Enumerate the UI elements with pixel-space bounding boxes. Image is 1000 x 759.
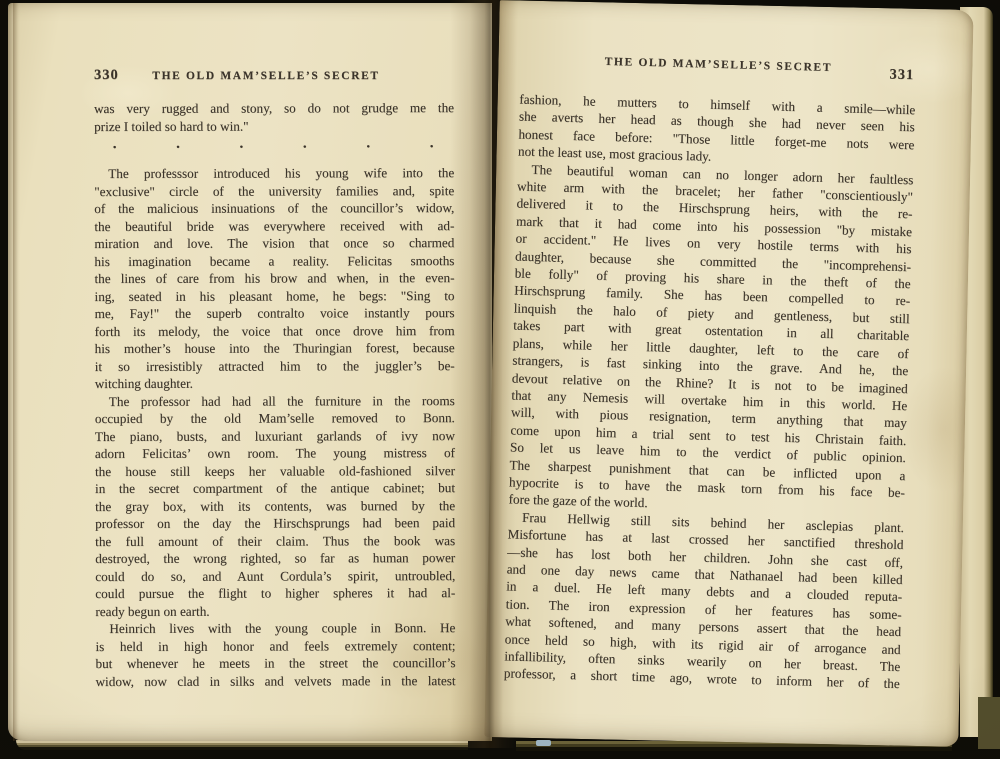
text-line: witching daughter.: [95, 374, 455, 392]
separator-dot: ·: [302, 141, 307, 158]
paragraph: was very rugged and stony, so do not gru…: [94, 99, 454, 135]
text-line: "exclusive" circle of the university fam…: [94, 182, 454, 200]
paragraph: The professsor introduced his young wife…: [94, 164, 455, 392]
right-page-content: THE OLD MAM’SELLE’S SECRET 331 fashion, …: [521, 51, 917, 62]
text-line: the gray box, with its contents, was bur…: [95, 497, 455, 515]
right-page-text: fashion, he mutters to himself with a sm…: [504, 91, 916, 693]
separator-dot: ·: [366, 141, 371, 158]
paragraph: The beautiful woman can no longer adorn …: [508, 160, 913, 519]
left-page-header: 330 THE OLD MAM’SELLE’S SECRET: [86, 67, 446, 85]
paper-speck: [536, 740, 551, 746]
text-line: the lines of care from his brow and when…: [94, 269, 454, 287]
section-separator: ······: [112, 141, 434, 159]
page-edges-bottom-left: [16, 740, 468, 750]
separator-dot: ·: [239, 142, 244, 159]
book-cover-corner: [978, 697, 1000, 749]
text-line: it so irresistibly attracted him to the …: [95, 357, 455, 375]
text-line: prize I toiled so hard to win.": [94, 117, 454, 135]
right-running-title: THE OLD MAM’SELLE’S SECRET: [520, 54, 916, 77]
right-page-number: 331: [889, 67, 914, 85]
text-line: could pursue the flight to higher sphere…: [95, 584, 455, 602]
text-line: Heinrich lives with the young couple in …: [95, 619, 455, 637]
text-line: The piano, busts, and luxuriant garlands…: [95, 427, 455, 445]
paragraph: Frau Hellwig still sits behind her ascle…: [504, 508, 905, 693]
text-line: The professsor introduced his young wife…: [94, 164, 454, 182]
text-line: miration and love. The vision that once …: [94, 234, 454, 252]
paragraph: Heinrich lives with the young couple in …: [95, 619, 455, 690]
text-line: The professor had had all the furniture …: [95, 392, 455, 410]
text-line: the house still keeps her valuable old-f…: [95, 462, 455, 480]
text-line: occupied by the old Mam’selle removed to…: [95, 409, 455, 427]
paragraph: The professor had had all the furniture …: [95, 392, 456, 620]
text-line: is held in high honor and feels extremel…: [95, 637, 455, 655]
left-running-title: THE OLD MAM’SELLE’S SECRET: [86, 70, 446, 82]
page-crease: [13, 3, 20, 741]
text-line: the beautiful bride was everywhere recei…: [94, 217, 454, 235]
text-line: widow, now clad in silks and velvets mad…: [95, 672, 455, 690]
text-line: forth its melody, the voice that once dr…: [95, 322, 455, 340]
book-scan: 330 THE OLD MAM’SELLE’S SECRET was very …: [0, 0, 1000, 759]
text-line: me, Fay!" the superb contralto voice ins…: [95, 304, 455, 322]
paragraph: fashion, he mutters to himself with a sm…: [518, 91, 916, 171]
right-page: THE OLD MAM’SELLE’S SECRET 331 fashion, …: [484, 0, 973, 747]
text-line: destroyed, the wrong righted, so far as …: [95, 549, 455, 567]
text-line: his imagination became a reality. Felici…: [94, 252, 454, 270]
text-line: adorn Felicitas’ own room. The young mis…: [95, 444, 455, 462]
text-line: the full amount of their claim. Thus the…: [95, 532, 455, 550]
text-line: but whenever he meets in the street the …: [95, 654, 455, 672]
text-line: could do so, and Aunt Cordula’s spirit, …: [95, 567, 455, 585]
text-line: his mother’s house into the Thuringian f…: [95, 339, 455, 357]
text-line: ready begun on earth.: [95, 602, 455, 620]
right-page-header: THE OLD MAM’SELLE’S SECRET 331: [520, 51, 916, 80]
text-line: ing, seated in his pleasant home, he beg…: [94, 287, 454, 305]
left-page: 330 THE OLD MAM’SELLE’S SECRET was very …: [8, 3, 492, 741]
separator-dot: ·: [176, 142, 181, 159]
separator-dot: ·: [429, 141, 434, 158]
text-line: in the secret compartment of the antique…: [95, 479, 455, 497]
text-line: of the malicious insinuations of the cou…: [94, 199, 454, 217]
text-line: was very rugged and stony, so do not gru…: [94, 99, 454, 117]
separator-dot: ·: [112, 142, 117, 159]
left-page-text: was very rugged and stony, so do not gru…: [94, 99, 456, 690]
text-line: professor on the day the Hirschsprungs h…: [95, 514, 455, 532]
